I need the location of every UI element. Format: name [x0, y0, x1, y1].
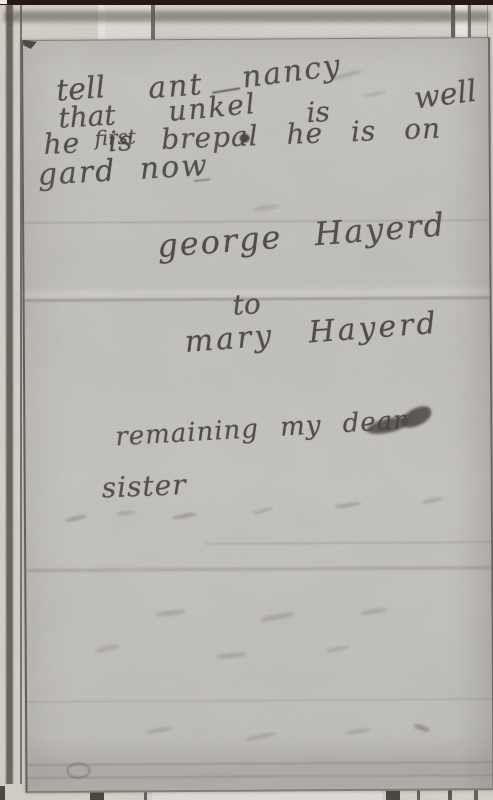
letter-paper: tell ant nancy that first unkel is well … — [21, 37, 493, 793]
ink-smudge — [362, 91, 386, 98]
letter-signature-to: to — [232, 290, 262, 320]
ink-smudge — [260, 611, 294, 622]
ink-smudge — [246, 731, 276, 741]
ink-smudge — [65, 514, 87, 523]
paper-fold-crease — [28, 774, 493, 779]
ink-smudge — [360, 607, 386, 616]
ink-smudge — [422, 496, 442, 504]
letter-word-nancy: nancy — [240, 51, 343, 94]
ink-smudge — [146, 726, 172, 734]
letter-photograph: tell ant nancy that first unkel is well … — [0, 0, 493, 800]
ink-smudge — [95, 643, 120, 653]
ink-ring-mark — [66, 763, 90, 779]
ink-smudge — [155, 609, 185, 617]
paper-fold-crease — [27, 761, 492, 766]
paper-fold-crease — [27, 698, 492, 703]
ink-smudge — [346, 728, 370, 735]
ink-smudge — [173, 512, 197, 520]
ink-dot — [240, 134, 250, 143]
letter-signature-george-hayerd: george Hayerd — [156, 208, 447, 262]
board-shadow-mark — [0, 786, 5, 800]
ink-smudge — [215, 652, 245, 660]
board-dirt-band — [4, 11, 490, 22]
letter-closing-sister: sister — [101, 471, 187, 502]
paper-fold-crease — [206, 541, 491, 545]
letter-closing-remaining-my-dear: remaining my dear — [115, 407, 408, 450]
paper-corner-fold — [23, 40, 37, 49]
letter-word-well: well — [412, 77, 478, 115]
board-shadow-streak — [6, 4, 13, 800]
ink-smudge — [325, 645, 349, 653]
ink-smudge — [117, 511, 135, 516]
letter-signature-mary-hayerd: mary Hayerd — [184, 309, 440, 358]
letter-line-gard-now: gard now — [37, 151, 210, 191]
photo-top-border — [0, 0, 493, 5]
paper-fold-crease — [26, 566, 491, 572]
paper-stain — [453, 38, 493, 788]
ink-smudge — [253, 507, 273, 515]
ink-smudge — [413, 723, 430, 733]
ink-smudge — [335, 501, 361, 509]
photo-top-border-notch — [0, 0, 7, 4]
ink-smudge — [253, 204, 279, 212]
